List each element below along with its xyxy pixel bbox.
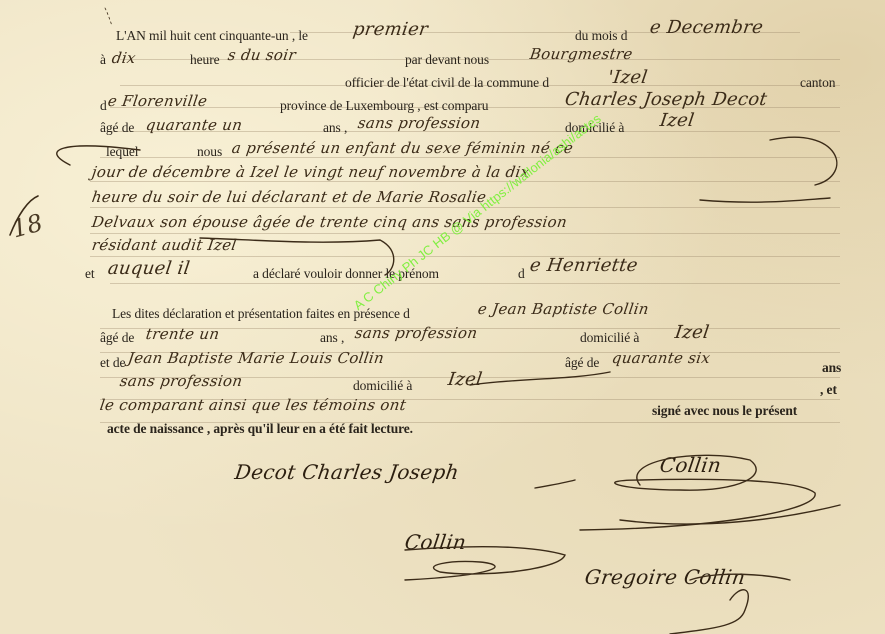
handwritten-body-text: résidant audit Izel (91, 236, 238, 254)
handwritten-hour: dix (111, 49, 137, 67)
ruled-line (90, 207, 840, 208)
printed-text: ans , (323, 120, 347, 136)
handwritten-declarant-residence: Izel (659, 110, 696, 131)
printed-text: à (100, 52, 106, 68)
printed-text: d (518, 266, 525, 282)
handwritten-witness1-residence: Izel (674, 322, 711, 343)
signature-witness-collin: Collin (658, 453, 723, 477)
signature-gregoire-collin: Gregoire Collin (583, 565, 747, 589)
handwritten-body-text: le comparant ainsi que les témoins ont (99, 396, 408, 414)
printed-text: âgé de (100, 120, 134, 136)
printed-text: L'AN mil huit cent cinquante-un , le (116, 28, 308, 44)
printed-text: province de Luxembourg , est comparu (280, 98, 488, 114)
handwritten-body-text: a présenté un enfant du sexe féminin né … (231, 139, 575, 157)
handwritten-declarant-profession: sans profession (357, 114, 482, 132)
handwritten-witness2-residence: Izel (447, 369, 484, 390)
ruled-line (90, 233, 840, 234)
handwritten-month: e Decembre (649, 17, 765, 38)
ruled-line (90, 181, 840, 182)
printed-text: acte de naissance , après qu'il leur en … (107, 421, 413, 437)
handwritten-day: premier (352, 19, 430, 40)
handwritten-text: auquel il (107, 258, 192, 279)
printed-text: domicilié à (580, 330, 639, 346)
printed-text: âgé de (100, 330, 134, 346)
margin-entry-number: 18 (9, 209, 46, 244)
ruled-line (110, 283, 840, 284)
printed-text: officier de l'état civil de la commune d (345, 75, 549, 91)
printed-text: domicilié à (353, 378, 412, 394)
handwritten-time-of-day: s du soir (227, 46, 297, 64)
handwritten-body-text: Delvaux son épouse âgée de trente cinq a… (91, 213, 569, 231)
handwritten-body-text: jour de décembre à Izel le vingt neuf no… (91, 163, 531, 181)
handwritten-body-text: heure du soir de lui déclarant et de Mar… (91, 188, 488, 206)
printed-text: ans (822, 360, 841, 376)
ruled-line (90, 256, 840, 257)
printed-text: ans , (320, 330, 344, 346)
signature-collin: Collin (403, 530, 468, 554)
printed-text: heure (190, 52, 219, 68)
handwritten-declarant-age: quarante un (145, 116, 244, 134)
printed-text: et (85, 266, 95, 282)
birth-certificate-page: 18 L'AN mil huit cent cinquante-un , le … (0, 0, 885, 634)
printed-text: et de (100, 355, 125, 371)
handwritten-canton: e Florenville (107, 92, 209, 110)
handwritten-officer-title: Bourgmestre (529, 45, 634, 63)
handwritten-witness2-profession: sans profession (119, 372, 244, 390)
handwritten-commune: 'Izel (607, 67, 649, 88)
printed-text: signé avec nous le présent (652, 403, 797, 419)
printed-text: , et (820, 382, 837, 398)
printed-text: lequel (106, 144, 138, 160)
printed-text: par devant nous (405, 52, 489, 68)
handwritten-witness1-profession: sans profession (354, 324, 479, 342)
printed-text: âgé de (565, 355, 599, 371)
handwritten-witness2-name: Jean Baptiste Marie Louis Collin (127, 349, 386, 367)
handwritten-witness1-age: trente un (145, 325, 221, 343)
printed-text: nous (197, 144, 222, 160)
handwritten-witness1-name: e Jean Baptiste Collin (477, 300, 650, 318)
handwritten-declarant-name: Charles Joseph Decot (564, 89, 769, 110)
signature-declarant: Decot Charles Joseph (233, 460, 460, 484)
handwritten-witness2-age: quarante six (611, 349, 712, 367)
printed-text: du mois d (575, 28, 627, 44)
handwritten-child-first-name: e Henriette (529, 255, 640, 276)
printed-text: d (100, 98, 107, 114)
printed-text: canton (800, 75, 835, 91)
